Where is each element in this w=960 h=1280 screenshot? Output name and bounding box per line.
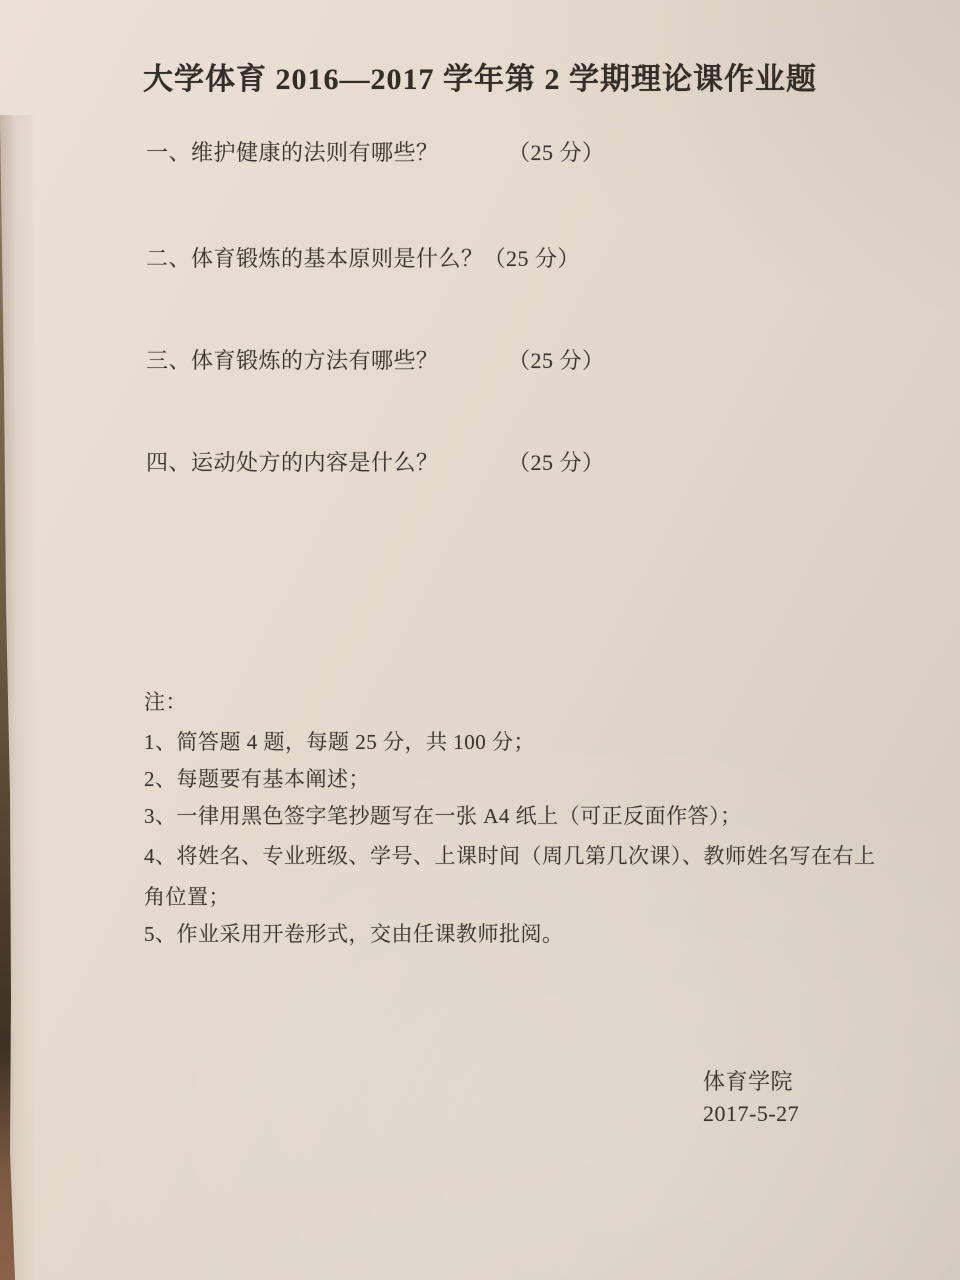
footer-date: 2017-5-27	[703, 1098, 799, 1130]
note-item-3: 3、一律用黑色签字笔抄题写在一张 A4 纸上（可正反面作答）；	[144, 796, 934, 837]
question-1-text: 一、维护健康的法则有哪些？	[146, 136, 508, 167]
question-row-4: 四、运动处方的内容是什么？ （25 分）	[146, 446, 605, 477]
question-4-score: （25 分）	[508, 446, 605, 477]
question-4-text: 四、运动处方的内容是什么？	[146, 446, 508, 477]
document-title: 大学体育 2016—2017 学年第 2 学期理论课作业题	[0, 54, 960, 98]
question-2-score: （25 分）	[484, 242, 581, 273]
note-item-1: 1、简答题 4 题，每题 25 分，共 100 分；	[144, 722, 934, 763]
question-3-text: 三、体育锻炼的方法有哪些？	[146, 344, 508, 375]
footer-department: 体育学院	[703, 1066, 799, 1098]
question-3-score: （25 分）	[508, 344, 605, 375]
footer-signature: 体育学院 2017-5-27	[703, 1066, 799, 1130]
notes-label: 注：	[144, 682, 934, 723]
photo-vignette	[0, 0, 960, 1280]
question-row-1: 一、维护健康的法则有哪些？ （25 分）	[146, 136, 605, 167]
question-row-2: 二、体育锻炼的基本原则是什么？ （25 分）	[146, 242, 580, 273]
question-2-text: 二、体育锻炼的基本原则是什么？	[146, 242, 484, 273]
note-item-5: 5、作业采用开卷形式，交由任课教师批阅。	[144, 914, 934, 955]
note-item-4: 4、将姓名、专业班级、学号、上课时间（周几第几次课）、教师姓名写在右上 角位置；	[144, 836, 934, 918]
question-1-score: （25 分）	[508, 136, 605, 167]
note-item-2: 2、每题要有基本阐述；	[144, 759, 934, 800]
question-row-3: 三、体育锻炼的方法有哪些？ （25 分）	[146, 344, 605, 375]
paper-sheet: 大学体育 2016—2017 学年第 2 学期理论课作业题 一、维护健康的法则有…	[0, 0, 960, 1280]
